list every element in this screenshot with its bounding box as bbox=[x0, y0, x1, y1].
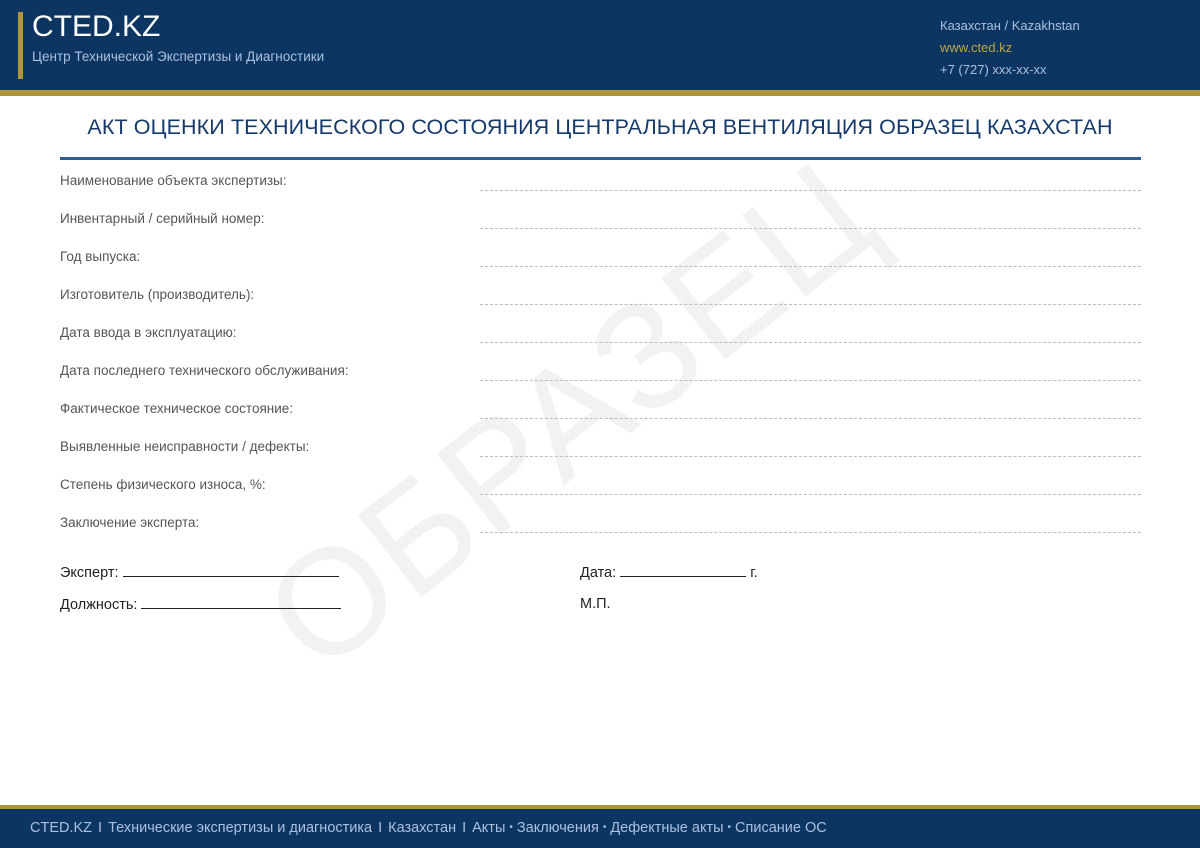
field-input-line[interactable] bbox=[480, 380, 1141, 381]
form-field-row: Фактическое техническое состояние: bbox=[60, 398, 1141, 436]
footer-separator: I bbox=[462, 820, 466, 836]
field-input-line[interactable] bbox=[480, 342, 1141, 343]
footer-links: Акты•Заключения•Дефектные акты•Списание … bbox=[472, 820, 827, 836]
field-label: Изготовитель (производитель): bbox=[60, 286, 254, 304]
form-field-row: Степень физического износа, %: bbox=[60, 474, 1141, 512]
footer-dot-separator: • bbox=[509, 822, 513, 833]
field-label: Дата последнего технического обслуживани… bbox=[60, 362, 349, 380]
brand-logo-text[interactable]: CTED.KZ bbox=[32, 10, 160, 44]
field-label: Заключение эксперта: bbox=[60, 514, 199, 532]
year-suffix: г. bbox=[750, 565, 758, 581]
form-field-row: Изготовитель (производитель): bbox=[60, 284, 1141, 322]
field-label: Инвентарный / серийный номер: bbox=[60, 210, 264, 228]
site-footer: CTED.KZIТехнические экспертизы и диагнос… bbox=[0, 809, 1200, 848]
brand-tagline: Центр Технической Экспертизы и Диагности… bbox=[32, 48, 324, 66]
field-label: Год выпуска: bbox=[60, 248, 140, 266]
footer-separator: I bbox=[98, 820, 102, 836]
footer-link[interactable]: Дефектные акты bbox=[610, 820, 723, 836]
title-underline bbox=[60, 157, 1141, 160]
footer-nav: CTED.KZIТехнические экспертизы и диагнос… bbox=[30, 819, 827, 837]
field-input-line[interactable] bbox=[480, 190, 1141, 191]
footer-dot-separator: • bbox=[728, 822, 732, 833]
field-label: Дата ввода в эксплуатацию: bbox=[60, 324, 237, 342]
date-label: Дата: bbox=[580, 565, 616, 581]
expert-signature: Эксперт: bbox=[60, 563, 339, 582]
footer-separator: I bbox=[378, 820, 382, 836]
footer-link[interactable]: Акты bbox=[472, 820, 505, 836]
footer-dot-separator: • bbox=[603, 822, 607, 833]
footer-region[interactable]: Казахстан bbox=[388, 820, 456, 836]
form-field-row: Дата последнего технического обслуживани… bbox=[60, 360, 1141, 398]
brand-accent-bar bbox=[18, 12, 23, 79]
stamp-place: М.П. bbox=[580, 595, 611, 613]
contact-block: Казахстан / Kazakhstan www.cted.kz +7 (7… bbox=[940, 15, 1080, 81]
footer-link[interactable]: Заключения bbox=[517, 820, 599, 836]
stamp-label: М.П. bbox=[580, 596, 611, 612]
position-signature-line[interactable] bbox=[141, 595, 341, 609]
header-gold-divider bbox=[0, 90, 1200, 96]
date-line[interactable] bbox=[620, 563, 746, 577]
position-signature: Должность: bbox=[60, 595, 341, 614]
field-label: Фактическое техническое состояние: bbox=[60, 400, 293, 418]
form-field-row: Год выпуска: bbox=[60, 246, 1141, 284]
field-input-line[interactable] bbox=[480, 532, 1141, 533]
form-field-row: Выявленные неисправности / дефекты: bbox=[60, 436, 1141, 474]
document-title: АКТ ОЦЕНКИ ТЕХНИЧЕСКОГО СОСТОЯНИЯ ЦЕНТРА… bbox=[60, 113, 1140, 141]
field-input-line[interactable] bbox=[480, 418, 1141, 419]
expert-signature-line[interactable] bbox=[123, 563, 339, 577]
date-signature: Дата: г. bbox=[580, 563, 758, 582]
field-input-line[interactable] bbox=[480, 456, 1141, 457]
field-input-line[interactable] bbox=[480, 304, 1141, 305]
phone-number: +7 (727) xxx-xx-xx bbox=[940, 59, 1080, 81]
website-link[interactable]: www.cted.kz bbox=[940, 37, 1080, 59]
form-fields: Наименование объекта экспертизы:Инвентар… bbox=[60, 170, 1141, 550]
field-label: Степень физического износа, %: bbox=[60, 476, 266, 494]
field-label: Наименование объекта экспертизы: bbox=[60, 172, 287, 190]
field-input-line[interactable] bbox=[480, 266, 1141, 267]
field-label: Выявленные неисправности / дефекты: bbox=[60, 438, 309, 456]
footer-services[interactable]: Технические экспертизы и диагностика bbox=[108, 820, 372, 836]
field-input-line[interactable] bbox=[480, 494, 1141, 495]
form-field-row: Заключение эксперта: bbox=[60, 512, 1141, 550]
form-field-row: Инвентарный / серийный номер: bbox=[60, 208, 1141, 246]
field-input-line[interactable] bbox=[480, 228, 1141, 229]
country-label: Казахстан / Kazakhstan bbox=[940, 15, 1080, 37]
form-field-row: Дата ввода в эксплуатацию: bbox=[60, 322, 1141, 360]
footer-link[interactable]: Списание ОС bbox=[735, 820, 827, 836]
site-header: CTED.KZ Центр Технической Экспертизы и Д… bbox=[0, 0, 1200, 90]
position-label: Должность: bbox=[60, 597, 137, 613]
footer-brand[interactable]: CTED.KZ bbox=[30, 820, 92, 836]
expert-label: Эксперт: bbox=[60, 565, 119, 581]
form-field-row: Наименование объекта экспертизы: bbox=[60, 170, 1141, 208]
